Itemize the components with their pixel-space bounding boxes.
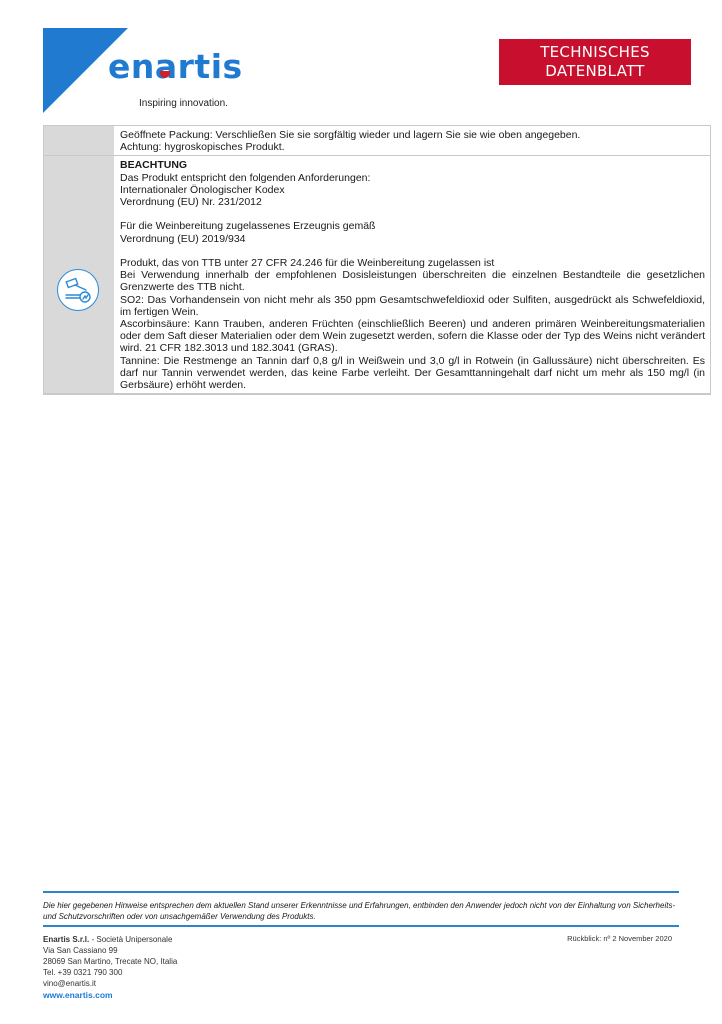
logo-text-part: rtis	[178, 47, 243, 86]
storage-text: Geöffnete Packung: Verschließen Sie sie …	[114, 126, 710, 155]
address-line-1: Via San Cassiano 99	[43, 945, 177, 956]
compliance-line: Das Produkt entspricht den folgenden Anf…	[120, 172, 705, 184]
website-link[interactable]: www.enartis.com	[43, 990, 177, 1001]
compliance-line: Internationaler Önologischer Kodex	[120, 184, 705, 196]
brand-tagline: Inspiring innovation.	[139, 98, 228, 109]
table-row-compliance: BEACHTUNG Das Produkt entspricht den fol…	[44, 156, 710, 393]
revision-note: Rückblick: nº 2 November 2020	[567, 934, 672, 943]
address-line-2: 28069 San Martino, Trecate NO, Italia	[43, 956, 177, 967]
regulation-gavel-icon	[57, 269, 99, 311]
table-row-storage: Geöffnete Packung: Verschließen Sie sie …	[44, 126, 710, 156]
company-suffix: - Società Unipersonale	[89, 935, 172, 944]
company-info: Enartis S.r.l. - Società Unipersonale Vi…	[43, 934, 177, 1001]
badge-line-1: TECHNISCHES	[499, 43, 691, 62]
row-icon-column	[44, 156, 114, 393]
footer-divider-bottom	[43, 925, 679, 927]
badge-line-2: DATENBLATT	[499, 62, 691, 81]
ttb-limits-line: Bei Verwendung innerhalb der empfohlenen…	[120, 269, 705, 293]
ascorbic-acid-line: Ascorbinsäure: Kann Trauben, anderen Frü…	[120, 318, 705, 355]
logo-text-part: en	[108, 47, 155, 86]
storage-line: Achtung: hygroskopisches Produkt.	[120, 141, 705, 153]
compliance-text: BEACHTUNG Das Produkt entspricht den fol…	[114, 156, 710, 393]
company-name: Enartis S.r.l.	[43, 935, 89, 944]
compliance-line: Für die Weinbereitung zugelassenes Erzeu…	[120, 220, 705, 232]
compliance-line: Verordnung (EU) Nr. 231/2012	[120, 196, 705, 208]
so2-line: SO2: Das Vorhandensein von nicht mehr al…	[120, 294, 705, 318]
phone: Tel. +39 0321 790 300	[43, 967, 177, 978]
footer-disclaimer: Die hier gegebenen Hinweise entsprechen …	[43, 900, 679, 922]
document-type-badge: TECHNISCHES DATENBLATT	[499, 39, 691, 85]
company-name-line: Enartis S.r.l. - Società Unipersonale	[43, 934, 177, 945]
ttb-line: Produkt, das von TTB unter 27 CFR 24.246…	[120, 257, 705, 269]
tannin-line: Tannine: Die Restmenge an Tannin darf 0,…	[120, 355, 705, 392]
row-icon-column	[44, 126, 114, 155]
footer-divider-top	[43, 891, 679, 893]
compliance-line: Verordnung (EU) 2019/934	[120, 233, 705, 245]
compliance-heading: BEACHTUNG	[120, 159, 705, 171]
logo-wine-glass-letter: a	[155, 50, 178, 83]
spec-table: Geöffnete Packung: Verschließen Sie sie …	[43, 125, 711, 395]
brand-logo: enartis	[108, 50, 243, 83]
email-link[interactable]: vino@enartis.it	[43, 978, 177, 989]
storage-line: Geöffnete Packung: Verschließen Sie sie …	[120, 129, 705, 141]
